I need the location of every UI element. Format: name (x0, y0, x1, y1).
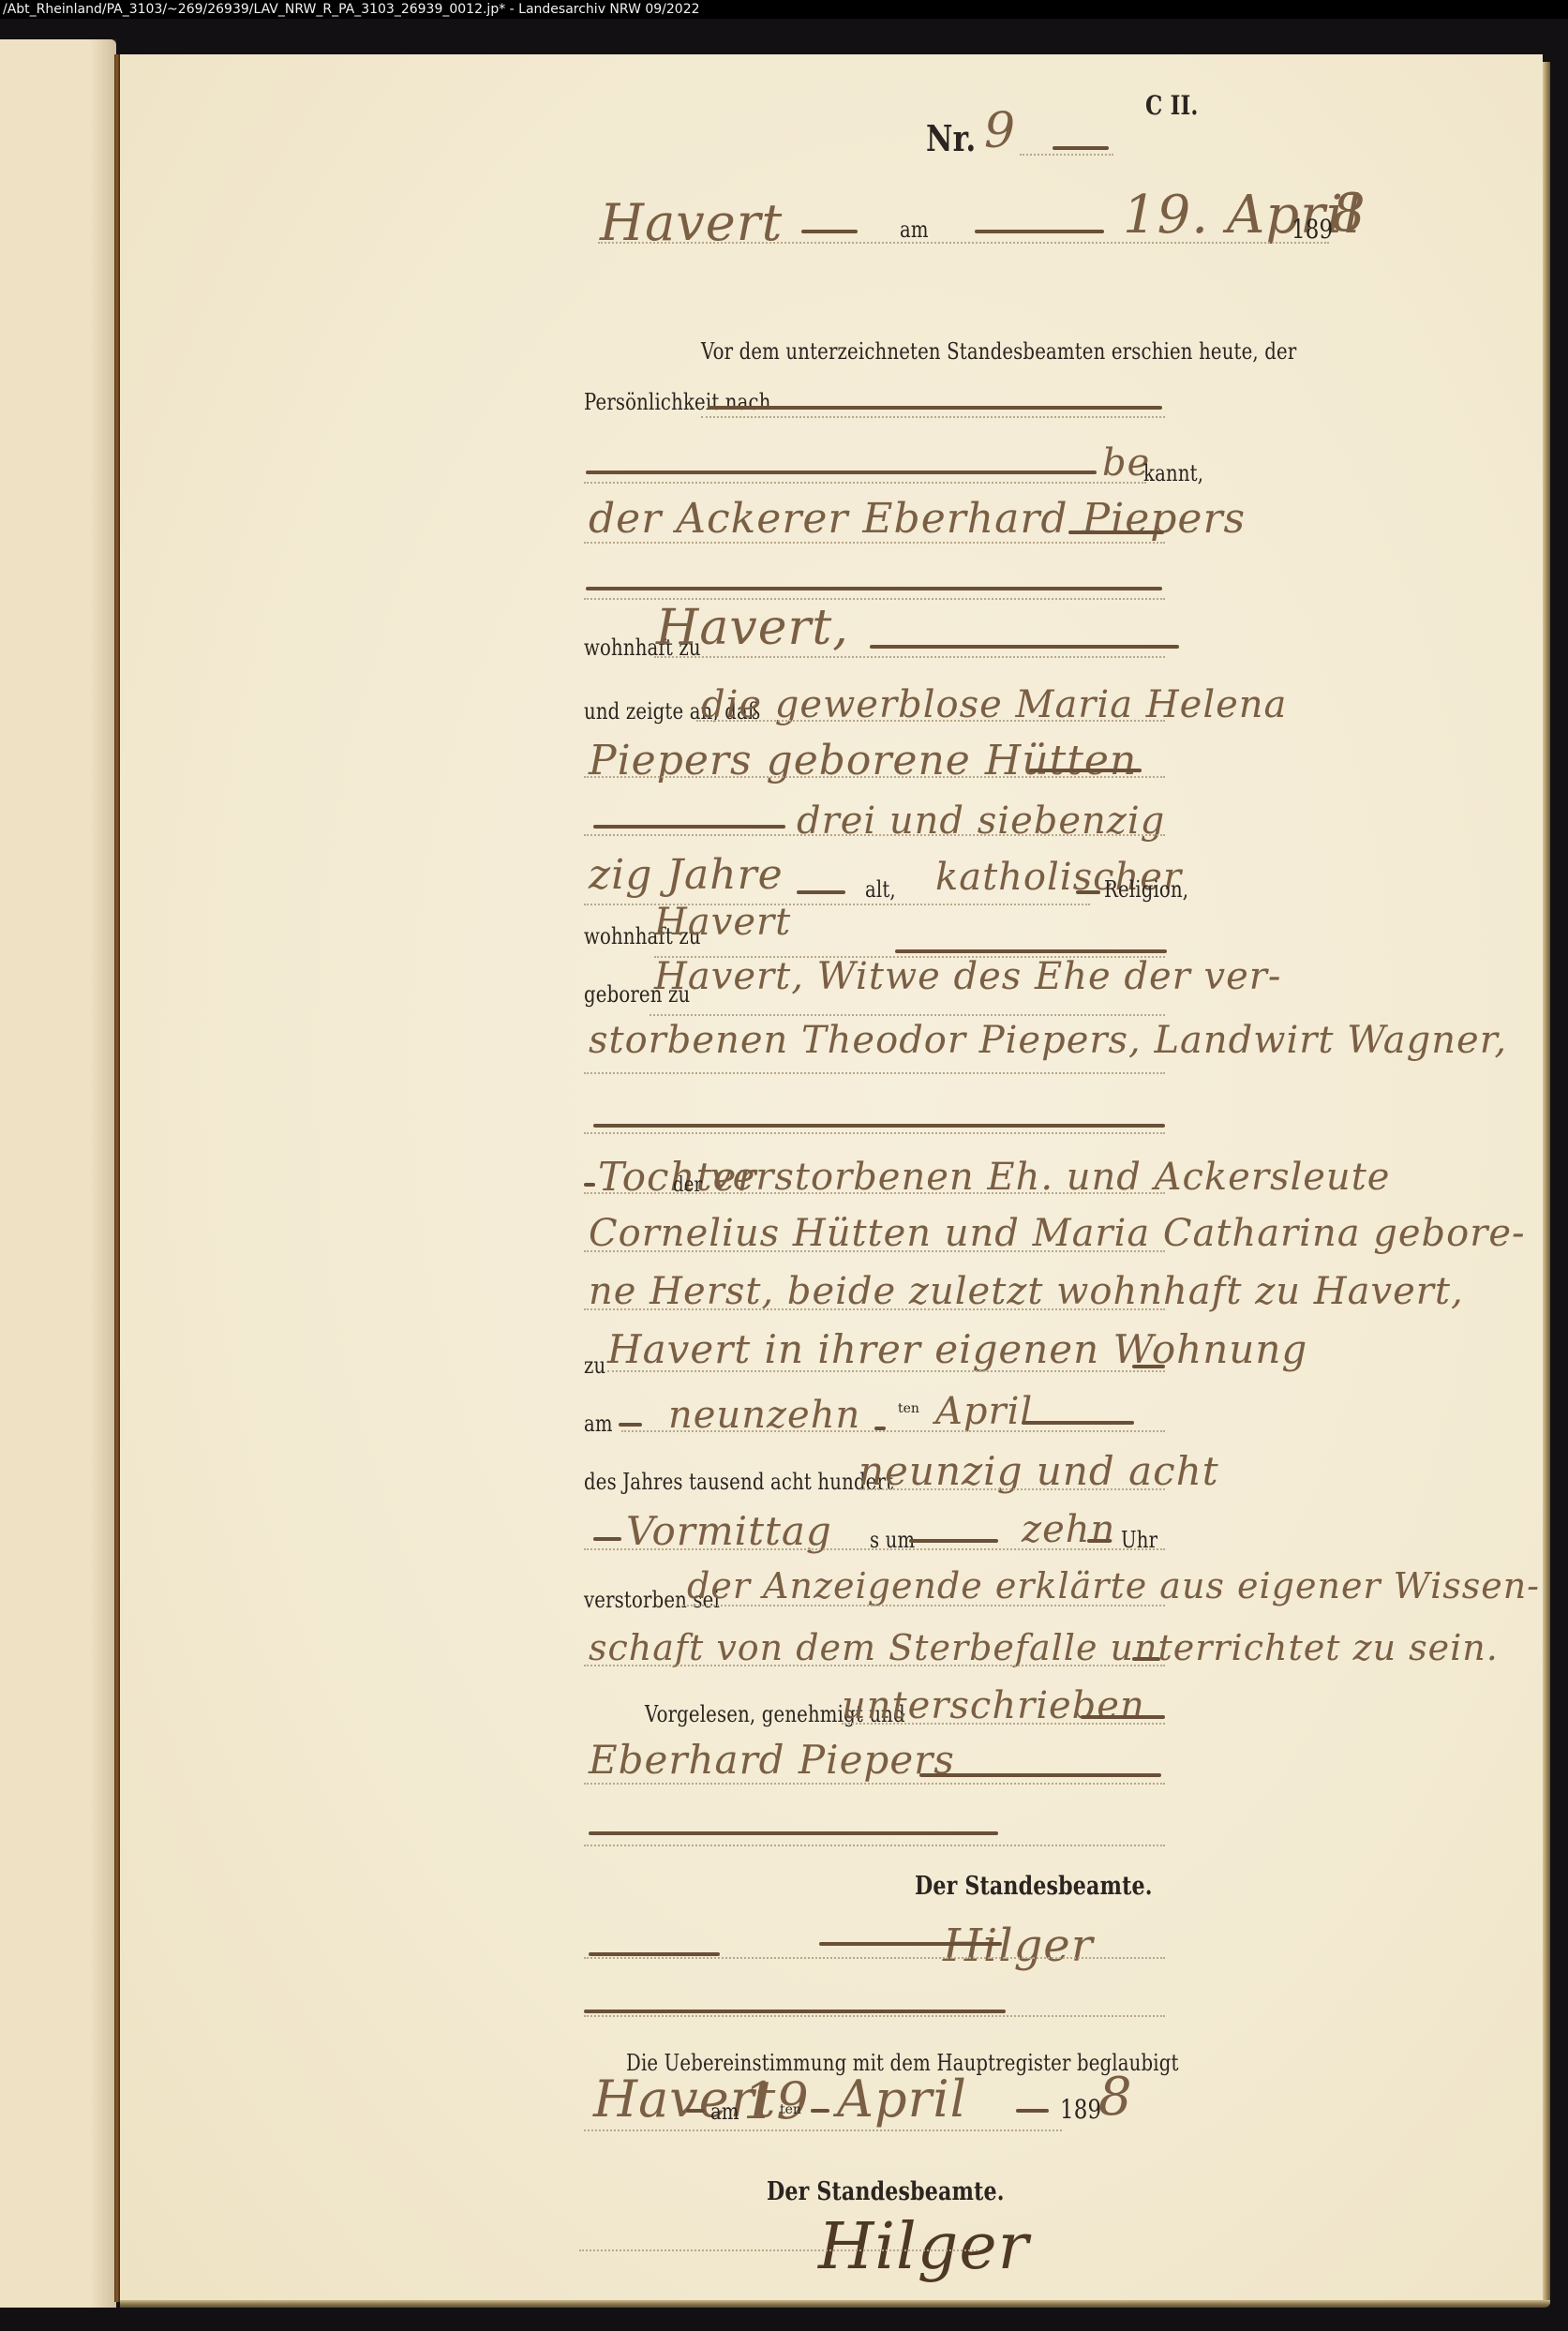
page-stack-edge-right (1543, 62, 1550, 2304)
death-am-label: am (584, 1410, 613, 1438)
death-month: April (935, 1391, 1033, 1432)
registrar-heading: Der Standesbeamte. (915, 1873, 1153, 1901)
death-year-label: des Jahres tausend acht hundert (584, 1468, 893, 1496)
deceased-residence: Havert (654, 902, 791, 943)
hour-rule (909, 1539, 998, 1543)
parents-dots-3 (584, 1308, 1165, 1310)
registrar-rule-right (819, 1942, 1002, 1946)
record-number: 9 (984, 111, 1016, 152)
parents-dots-2 (584, 1250, 1165, 1252)
death-ten-label: ten (898, 1402, 919, 1415)
informant-rule (1068, 530, 1164, 534)
closing-rule (589, 1831, 998, 1835)
place-handwritten: Havert (600, 202, 783, 244)
deceased-line-4: zig Jahre (589, 855, 784, 896)
death-place-dots (607, 1370, 1165, 1372)
deceased-residence-rule (895, 949, 1167, 953)
death-place-rule (1132, 1365, 1165, 1368)
der-label: der (673, 1172, 702, 1200)
note-dots-2 (584, 1665, 1165, 1666)
left-page-shadow (90, 39, 116, 2308)
certification-place-rule (686, 2109, 705, 2113)
age-rule (797, 890, 845, 894)
number-rule (1053, 146, 1109, 150)
parents-lead-rule (584, 1183, 595, 1187)
parents-dots-1 (584, 1192, 1165, 1194)
intro-rule-1 (708, 406, 1162, 410)
born-dots-2 (584, 1072, 1165, 1074)
intro-dots-1 (701, 416, 1165, 418)
parents-line-2: Cornelius Hütten und Maria Catharina geb… (589, 1213, 1526, 1254)
death-month-rule (1022, 1421, 1134, 1425)
registrar-dots-2 (584, 2015, 1165, 2017)
intro-rule-2 (586, 471, 1097, 474)
death-year-words: neunzig und acht (859, 1451, 1219, 1492)
form-code: C II. (1145, 92, 1199, 120)
born-line-2: storbenen Theodor Piepers, Landwirt Wagn… (589, 1020, 1507, 1061)
informant-residence-rule (870, 645, 1179, 649)
certification-dots (584, 2129, 1062, 2131)
born-dots-3 (584, 1132, 1165, 1134)
certification-am-label: am (710, 2098, 739, 2126)
death-hour: zehn (1022, 1509, 1115, 1550)
am-label: am (900, 216, 929, 244)
year-suffix: 8 (1332, 193, 1366, 234)
certification-registrar-heading: Der Standesbeamte. (767, 2178, 1005, 2206)
deceased-dots-2 (584, 776, 1165, 778)
viewer-title-bar: /Abt_Rheinland/PA_3103/~269/26939/LAV_NR… (0, 0, 1568, 19)
informant-residence-dots (654, 656, 1165, 658)
death-am-rule (619, 1423, 642, 1427)
note-dots-1 (682, 1605, 1165, 1606)
registrar-rule-2 (584, 2010, 1006, 2013)
intro-dots-2 (584, 482, 1146, 484)
signed-handwritten: unterschrieben (842, 1685, 1145, 1726)
certification-year-prefix: 189 (1060, 2096, 1101, 2124)
time-dots (584, 1548, 1165, 1550)
note-line-2: schaft von dem Sterbefalle unterrichtet … (589, 1627, 1499, 1668)
intro-line-2: Persönlichkeit nach (584, 388, 771, 416)
certification-signature-dots (579, 2249, 978, 2251)
register-page: Nr. 9 C II. Havert am 19. April 189 8 Vo… (120, 54, 1543, 2300)
registrar-dots (584, 1957, 1165, 1959)
deceased-dots-3 (584, 834, 1165, 836)
intro-line-1: Vor dem unterzeichneten Standesbeamten e… (701, 337, 1393, 366)
number-label: Nr. (926, 118, 976, 159)
deceased-dots-1 (696, 720, 1165, 722)
death-year-dots (860, 1488, 1165, 1490)
informant-signature-dots (584, 1783, 1165, 1785)
year-prefix: 189 (1292, 216, 1333, 244)
informant-signature: Eberhard Piepers (589, 1740, 955, 1781)
note-line-1: der Anzeigende erklärte aus eigener Wiss… (687, 1565, 1540, 1606)
closing-dots (584, 1845, 1165, 1846)
certification-ten-label: ten (780, 2103, 801, 2116)
death-date-dots (621, 1430, 1165, 1432)
deceased-rule-2 (1029, 769, 1142, 772)
parents-line-3: ne Herst, beide zuletzt wohnhaft zu Have… (589, 1271, 1464, 1312)
known-suffix: kannt, (1143, 459, 1203, 487)
time-of-day: Vormittag (626, 1511, 832, 1552)
born-line-1: Havert, Witwe des Ehe der ver- (654, 956, 1281, 997)
page-stack-edge-bottom (120, 2300, 1550, 2308)
time-lead-rule (593, 1537, 621, 1541)
am-rule (975, 230, 1104, 233)
religion-label: Religion, (1104, 875, 1188, 904)
death-place: Havert in ihrer eigenen Wohnung (607, 1329, 1307, 1370)
signed-rule (1081, 1715, 1165, 1719)
number-dots (1020, 154, 1113, 156)
death-zu-label: zu (584, 1352, 605, 1380)
informant-dots (584, 542, 1165, 544)
signed-dots (842, 1723, 1165, 1725)
certification-month: April (837, 2079, 967, 2120)
born-dots-1 (650, 1014, 1165, 1016)
certification-day-rule (811, 2109, 829, 2113)
registrar-rule-left (589, 1952, 720, 1956)
place-date-dots (598, 242, 1329, 244)
note-rule-2 (1132, 1657, 1160, 1661)
certification-year-suffix: 8 (1098, 2077, 1133, 2118)
informant-rule-2 (586, 587, 1162, 590)
informant-residence: Havert, (656, 607, 849, 649)
place-rule (801, 230, 858, 233)
registrar-signature: Hilger (943, 1925, 1094, 1966)
deceased-rule-3 (593, 825, 785, 829)
born-rule-3 (593, 1124, 1165, 1128)
uhr-rule (1087, 1539, 1112, 1543)
informant-signature-rule (919, 1773, 1161, 1777)
religion-rule (1076, 890, 1100, 894)
certification-registrar-signature: Hilger (818, 2210, 1029, 2285)
certification-month-rule (1016, 2109, 1049, 2113)
alt-label: alt, (865, 875, 896, 904)
